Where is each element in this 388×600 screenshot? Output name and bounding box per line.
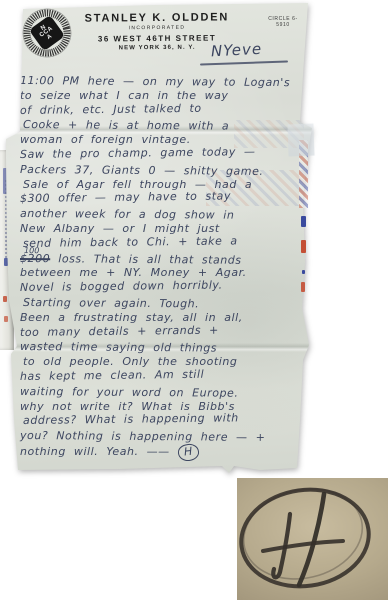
letter-line: of drink, etc. Just talked to xyxy=(20,100,312,118)
line-text: nothing will. Yeah. —— xyxy=(20,445,170,458)
letter-line-corrected: 100 $200 loss. That is all that stands xyxy=(20,252,312,269)
circled-initial-signature: H xyxy=(177,443,200,462)
phone-line: 5910 xyxy=(262,22,304,28)
signature-initial: H xyxy=(183,445,193,459)
letter-line-closing: nothing will. Yeah. ——H xyxy=(20,444,312,461)
inserted-amount: 100 xyxy=(24,244,39,259)
letter-line: Novel is bogged down horribly. xyxy=(20,278,312,296)
letter-line: wasted time saying old things xyxy=(20,340,312,357)
letter-line: waiting for your word on Europe. xyxy=(20,385,312,402)
letter-line: Saw the pro champ. game today — xyxy=(20,144,312,162)
signature-closeup-inset xyxy=(237,478,388,600)
letter-line: Cooke + he is at home with a xyxy=(23,118,312,135)
auction-photo-letter: N CCA A STANLEY K. OLDDEN INCORPORATED 3… xyxy=(0,0,388,600)
letter-line: $300 offer — may have to stay xyxy=(20,189,312,207)
letter-line: has kept me clean. Am still xyxy=(20,366,312,384)
letter-body: 11:00 PM here — on my way to Logan's to … xyxy=(20,74,312,461)
letter-line: you? Nothing is happening here — + xyxy=(20,429,312,446)
letter-line: 11:00 PM here — on my way to Logan's xyxy=(20,74,312,91)
letterhead-incorporated: INCORPORATED xyxy=(52,24,262,32)
handwritten-dateline: NYeve xyxy=(211,40,263,61)
circled-h-sketch-icon xyxy=(237,478,388,600)
letter-line: Starting over again. Tough. xyxy=(23,296,312,313)
letter-line: another week for a dog show in xyxy=(20,207,312,224)
line-text: loss. That is all that stands xyxy=(58,252,241,266)
letter-line: too many details + errands + xyxy=(20,322,312,340)
dateline-underline xyxy=(200,60,288,65)
letter-line: address? What is happening with xyxy=(23,411,312,429)
letter-sheet: N CCA A STANLEY K. OLDDEN INCORPORATED 3… xyxy=(6,2,316,474)
letter-line: Packers 37, Giants 0 — shitty game. xyxy=(20,163,312,180)
amount-correction: 100 $200 xyxy=(20,252,50,267)
letter-sheet-wrap: N CCA A STANLEY K. OLDDEN INCORPORATED 3… xyxy=(6,2,318,476)
letterhead-company: STANLEY K. OLDDEN xyxy=(52,11,262,25)
letterhead-phone: CIRCLE 6- 5910 xyxy=(262,16,304,28)
letter-line: send him back to Chi. + take a xyxy=(23,233,312,251)
